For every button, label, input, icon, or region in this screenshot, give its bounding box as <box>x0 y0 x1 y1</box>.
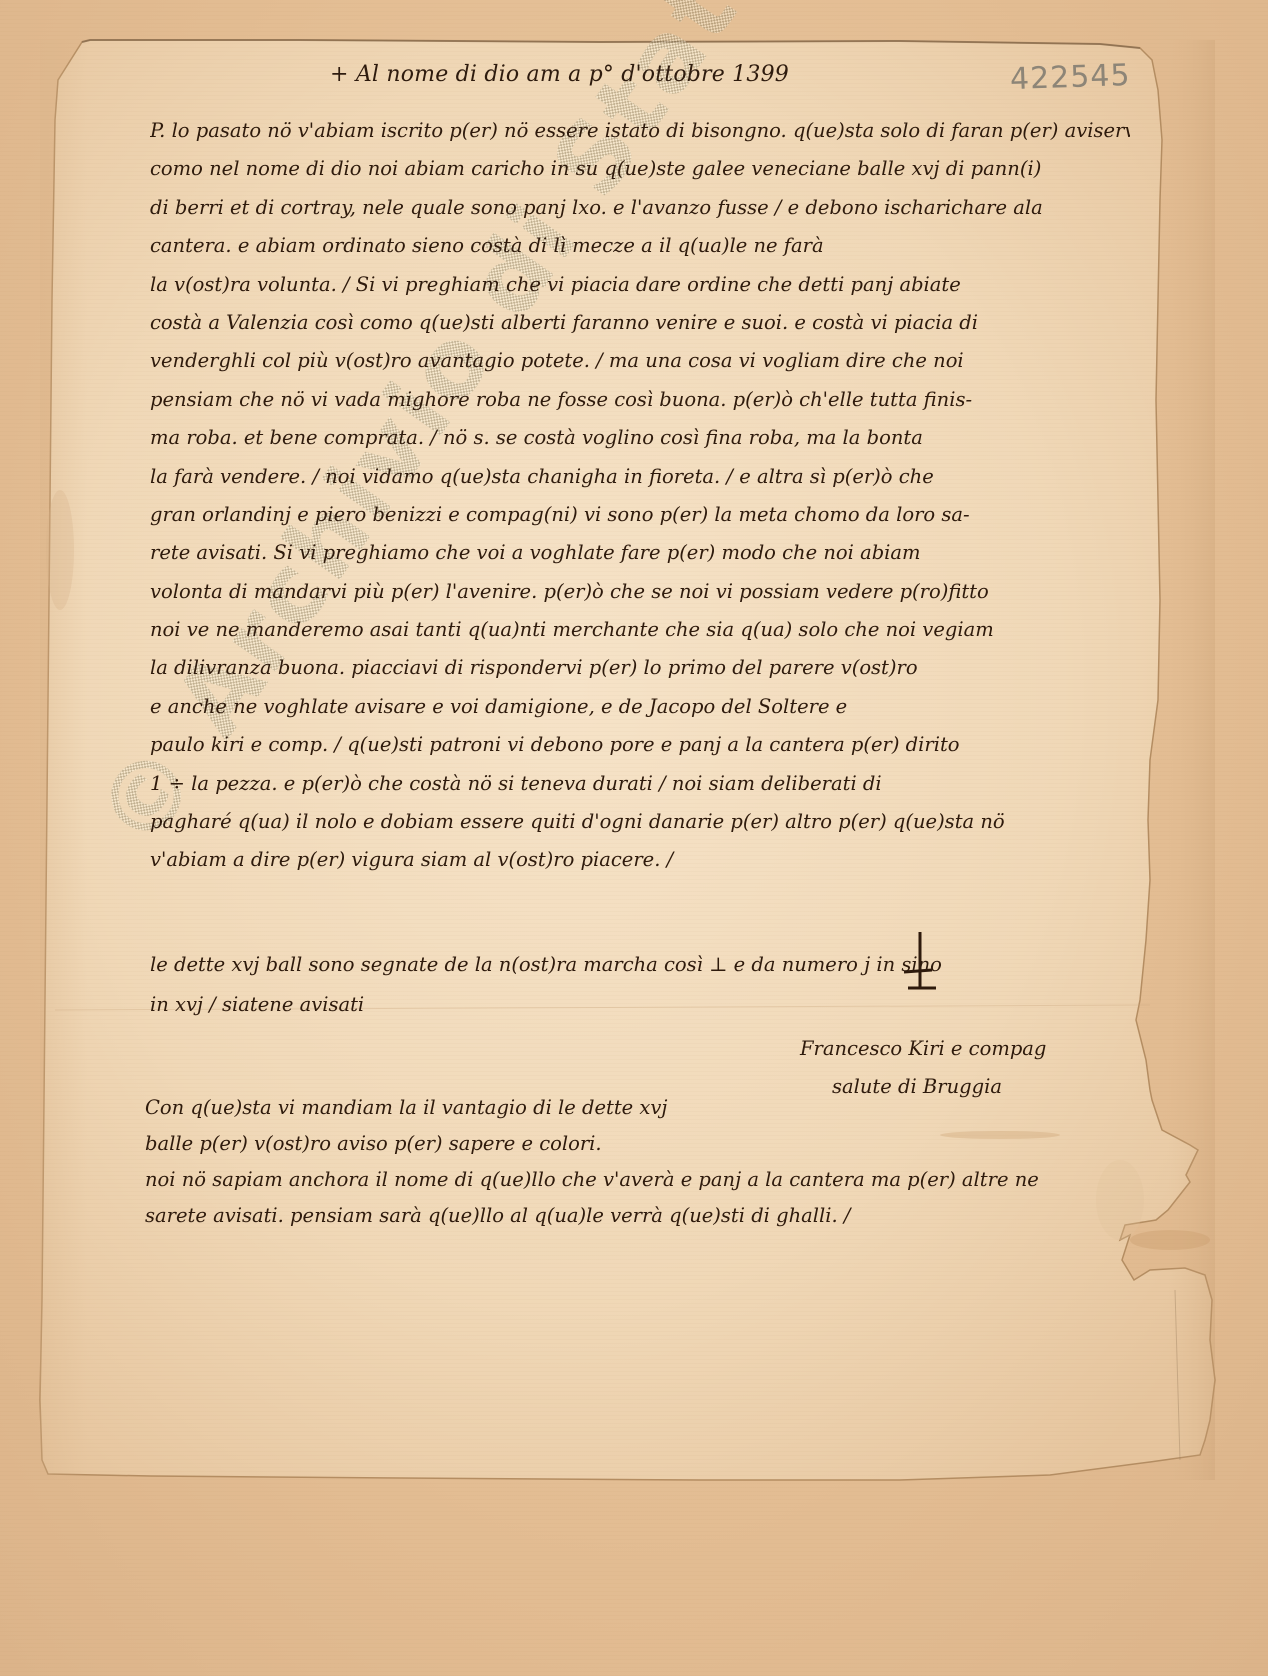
closing-line: in xvj / siatene avisati <box>150 985 1130 1025</box>
postscript-line: noi nö sapiam anchora il nome di q(ue)ll… <box>145 1162 1125 1198</box>
body-line: e anche ne voghlate avisare e voi damigi… <box>150 688 1130 726</box>
letter-body: P. lo pasato nö v'abiam iscrito p(er) nö… <box>150 112 1130 880</box>
body-line: rete avisati. Si vi preghiamo che voi a … <box>150 534 1130 572</box>
body-line: como nel nome di dio noi abiam caricho i… <box>150 150 1130 188</box>
archive-number: 422545 <box>1009 58 1131 97</box>
body-line: P. lo pasato nö v'abiam iscrito p(er) nö… <box>150 112 1130 150</box>
postscript-line: sarete avisati. pensiam sarà q(ue)llo al… <box>145 1198 1125 1234</box>
letter-heading: + Al nome di dio am a p° d'ottobre 1399 <box>330 62 789 87</box>
body-line: la dilivranza buona. piacciavi di rispon… <box>150 649 1130 687</box>
body-line: di berri et di cortray, nele quale sono … <box>150 189 1130 227</box>
body-line: la v(ost)ra volunta. / Si vi preghiam ch… <box>150 266 1130 304</box>
body-line: ma roba. et bene comprata. / nö s. se co… <box>150 419 1130 457</box>
body-line: gran orlandinj e piero benizzi e compag(… <box>150 496 1130 534</box>
body-line: paulo kiri e comp. / q(ue)sti patroni vi… <box>150 726 1130 764</box>
body-line: 1 ÷ la pezza. e p(er)ò che costà nö si t… <box>150 765 1130 803</box>
closing-line: le dette xvj ball sono segnate de la n(o… <box>150 945 1130 985</box>
body-line: pensiam che nö vi vada mighore roba ne f… <box>150 381 1130 419</box>
signature-name: Francesco Kiri e compag <box>800 1030 1046 1068</box>
letter-closing: le dette xvj ball sono segnate de la n(o… <box>150 945 1130 1025</box>
body-line: la farà vendere. / noi vidamo q(ue)sta c… <box>150 458 1130 496</box>
body-line: volonta di mandarvi più p(er) l'avenire.… <box>150 573 1130 611</box>
postscript-line: Con q(ue)sta vi mandiam la il vantagio d… <box>145 1090 1125 1126</box>
body-line: pagharé q(ua) il nolo e dobiam essere qu… <box>150 803 1130 841</box>
merchant-mark-icon <box>900 930 940 1000</box>
postscript-line: balle p(er) v(ost)ro aviso p(er) sapere … <box>145 1126 1125 1162</box>
letter-postscript: Con q(ue)sta vi mandiam la il vantagio d… <box>145 1090 1125 1234</box>
body-line: costà a Valenzia così como q(ue)sti albe… <box>150 304 1130 342</box>
body-line: v'abiam a dire p(er) vigura siam al v(os… <box>150 841 1130 879</box>
body-line: cantera. e abiam ordinato sieno costà di… <box>150 227 1130 265</box>
body-line: noi ve ne manderemo asai tanti q(ua)nti … <box>150 611 1130 649</box>
body-line: venderghli col più v(ost)ro avantagio po… <box>150 342 1130 380</box>
